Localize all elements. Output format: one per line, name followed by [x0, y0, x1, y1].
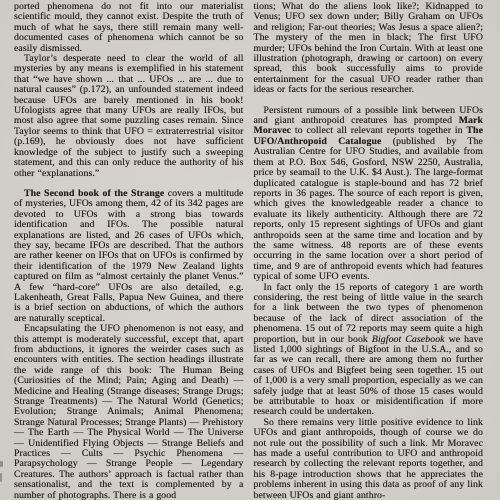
right-column: tions; What do the aliens look like?; Ki…: [254, 2, 484, 500]
scanned-page: ported phenomena do not fit into our mat…: [0, 0, 500, 500]
paragraph: tions; What do the aliens look like?; Ki…: [254, 2, 484, 96]
paragraph-text: we have listed 1,000 sightings of Bigfoo…: [254, 334, 484, 418]
scan-artifact: [0, 461, 3, 467]
book-title-italic: Bigfoot Casebook: [372, 334, 445, 345]
paragraph: In fact only the 15 reports of category …: [254, 283, 484, 418]
scan-artifact: [0, 473, 2, 482]
paragraph-text: ported phenomena do not fit into our mat…: [14, 1, 244, 54]
paragraph-text: Encapsulating the UFO phenomenon is not …: [14, 323, 244, 500]
paragraph: Persistent rumours of a possible link be…: [254, 106, 484, 283]
paragraph-text: Taylor’s desperate need to clear the wor…: [14, 53, 244, 178]
left-column: ported phenomena do not fit into our mat…: [14, 2, 244, 500]
paragraph-text: covers a multitude of mysteries, UFOs am…: [14, 188, 244, 324]
paragraph: So there remains very little positive ev…: [254, 418, 484, 500]
paragraph: The Second book of the Strange covers a …: [14, 189, 244, 324]
paragraph-text: So there remains very little positive ev…: [254, 417, 484, 500]
paragraph-text: (published by The Australian Centre for …: [254, 136, 484, 282]
paragraph: Encapsulating the UFO phenomenon is not …: [14, 324, 244, 500]
paragraph: Taylor’s desperate need to clear the wor…: [14, 54, 244, 179]
paragraph: ported phenomena do not fit into our mat…: [14, 2, 244, 54]
paragraph-text: Persistent rumours of a possible link be…: [254, 105, 484, 126]
paragraph-text: to collect all relevant reports together…: [291, 125, 466, 136]
paragraph-text: tions; What do the aliens look like?; Ki…: [254, 1, 484, 95]
